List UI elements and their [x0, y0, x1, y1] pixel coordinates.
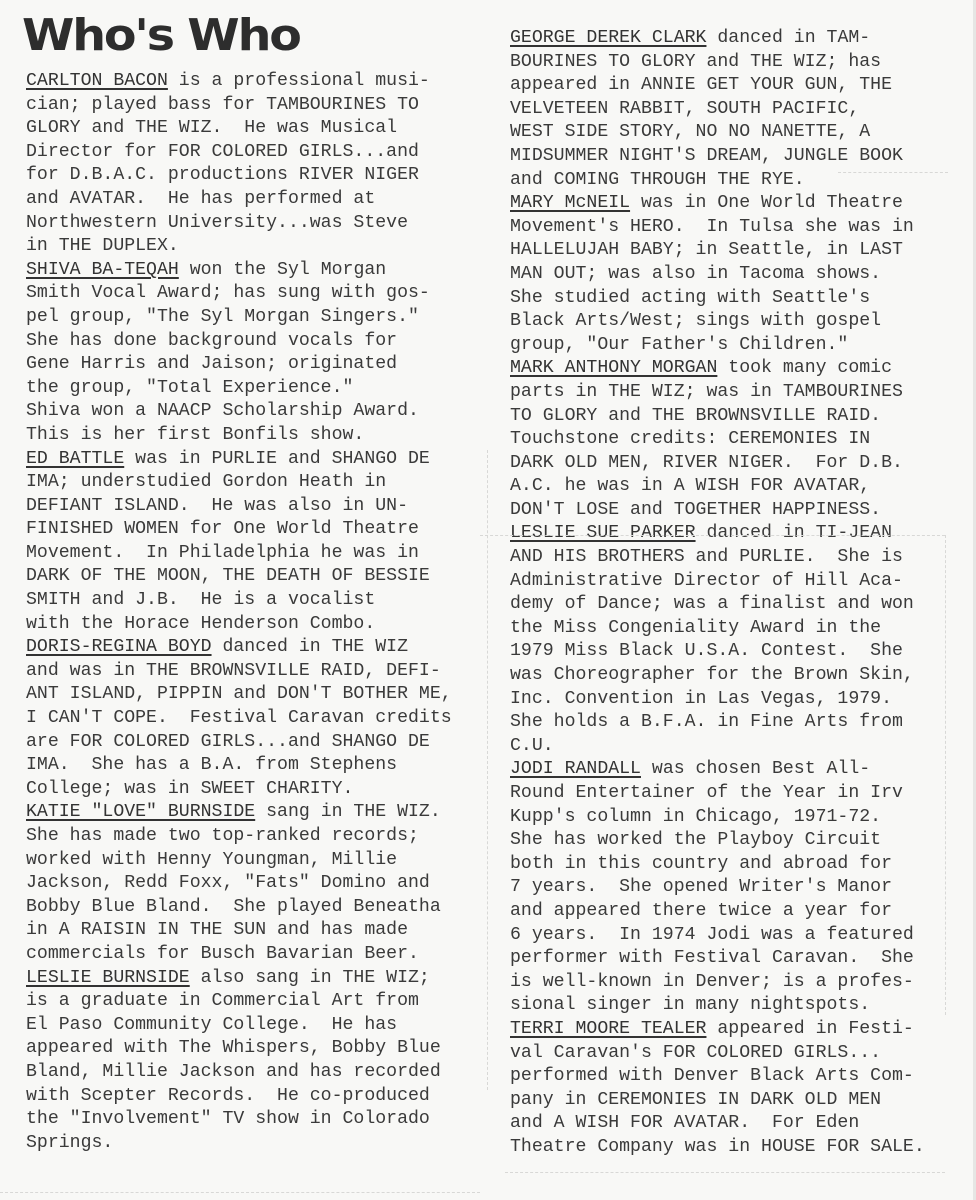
program-page: Who's Who CARLTON BACON is a professiona…: [0, 0, 976, 1200]
bio-name: DORIS-REGINA BOYD: [26, 637, 212, 657]
paste-up-seam: [505, 1172, 945, 1173]
bio-entry: LESLIE BURNSIDE also sang in THE WIZ; is…: [26, 967, 486, 1156]
paste-up-seam: [487, 450, 488, 1090]
bio-entry: DORIS-REGINA BOYD danced in THE WIZ and …: [26, 636, 486, 801]
paste-up-seam: [838, 172, 948, 173]
bio-name: LESLIE SUE PARKER: [510, 523, 696, 543]
bio-entry: MARK ANTHONY MORGAN took many comic part…: [510, 357, 960, 522]
bio-name: ED BATTLE: [26, 449, 124, 469]
paste-up-seam: [480, 535, 945, 536]
bio-entry: TERRI MOORE TEALER appeared in Festi- va…: [510, 1018, 960, 1160]
bio-name: KATIE "LOVE" BURNSIDE: [26, 802, 255, 822]
bio-entry: JODI RANDALL was chosen Best All- Round …: [510, 758, 960, 1018]
bio-text: sang in THE WIZ. She has made two top-ra…: [26, 802, 441, 964]
right-column: GEORGE DEREK CLARK danced in TAM- BOURIN…: [510, 27, 960, 1160]
bio-name: MARY McNEIL: [510, 193, 630, 213]
bio-text: was chosen Best All- Round Entertainer o…: [510, 759, 914, 1015]
bio-text: won the Syl Morgan Smith Vocal Award; ha…: [26, 260, 430, 445]
bio-name: LESLIE BURNSIDE: [26, 968, 190, 988]
paste-up-seam: [945, 535, 946, 1015]
bio-name: GEORGE DEREK CLARK: [510, 28, 706, 48]
bio-name: TERRI MOORE TEALER: [510, 1019, 706, 1039]
bio-text: danced in THE WIZ and was in THE BROWNSV…: [26, 637, 452, 799]
page-title: Who's Who: [22, 14, 300, 58]
bio-name: JODI RANDALL: [510, 759, 641, 779]
bio-entry: ED BATTLE was in PURLIE and SHANGO DE IM…: [26, 448, 486, 637]
bio-text: danced in TAM- BOURINES TO GLORY and THE…: [510, 28, 903, 190]
bio-text: was in One World Theatre Movement's HERO…: [510, 193, 914, 355]
bio-name: SHIVA BA-TEQAH: [26, 260, 179, 280]
bio-text: is a professional musi- cian; played bas…: [26, 71, 430, 256]
bio-text: also sang in THE WIZ; is a graduate in C…: [26, 968, 441, 1153]
bio-text: was in PURLIE and SHANGO DE IMA; underst…: [26, 449, 430, 634]
bio-entry: SHIVA BA-TEQAH won the Syl Morgan Smith …: [26, 259, 486, 448]
bio-name: CARLTON BACON: [26, 71, 168, 91]
bio-entry: LESLIE SUE PARKER danced in TI-JEAN AND …: [510, 522, 960, 758]
bio-entry: MARY McNEIL was in One World Theatre Mov…: [510, 192, 960, 357]
left-column: CARLTON BACON is a professional musi- ci…: [26, 70, 486, 1155]
bio-text: took many comic parts in THE WIZ; was in…: [510, 358, 903, 520]
paste-up-seam: [0, 1192, 480, 1193]
bio-entry: CARLTON BACON is a professional musi- ci…: [26, 70, 486, 259]
bio-entry: GEORGE DEREK CLARK danced in TAM- BOURIN…: [510, 27, 960, 192]
bio-text: danced in TI-JEAN AND HIS BROTHERS and P…: [510, 523, 914, 755]
bio-entry: KATIE "LOVE" BURNSIDE sang in THE WIZ. S…: [26, 801, 486, 966]
bio-name: MARK ANTHONY MORGAN: [510, 358, 717, 378]
bio-text: appeared in Festi- val Caravan's FOR COL…: [510, 1019, 925, 1157]
